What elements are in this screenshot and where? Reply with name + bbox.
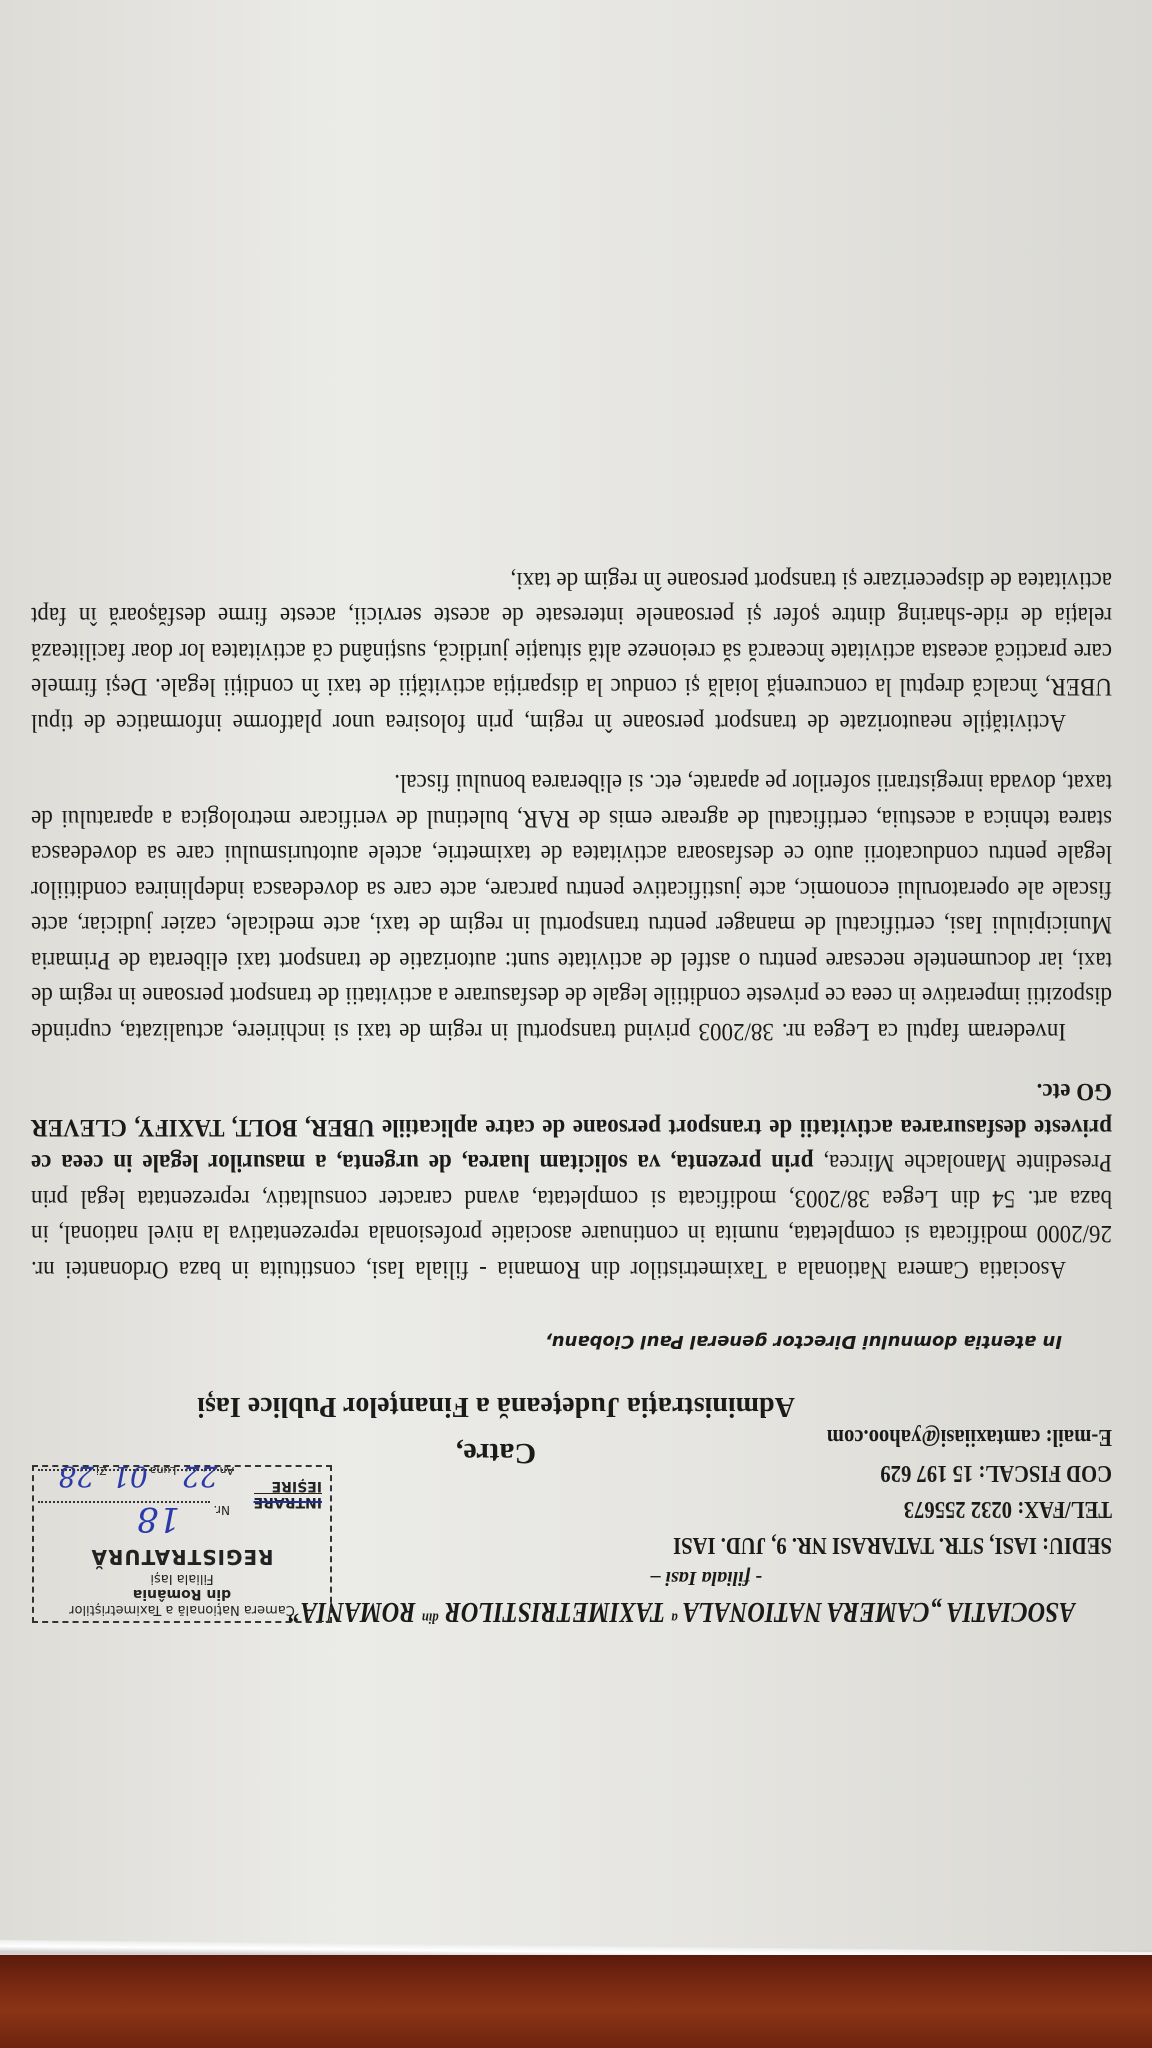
stamp-dotted-line	[38, 1501, 210, 1503]
letter-content: ASOCIATIA „CAMERA NATIONALA a TAXIMETRIS…	[30, 538, 1112, 1629]
recipient-institution: Administrația Județeană a Finanțelor Pub…	[30, 1390, 962, 1422]
fiscal-code-line: COD FISCAL: 15 197 629	[269, 1458, 1112, 1488]
title-part: a	[671, 1610, 677, 1626]
registry-stamp: Camera Națională a Taximetriștilor din R…	[32, 1465, 332, 1623]
email-line: E-mail: camtaxiiasi@yahoo.com	[269, 1422, 1112, 1452]
stamp-date: An22 Luna01 Zi28	[56, 1460, 234, 1493]
paragraph-text: Invederam faptul ca Legea nr. 38/2003 pr…	[31, 770, 1112, 1046]
stamp-org-line: Camera Națională a Taximetriștilor	[40, 1602, 324, 1617]
stamp-branch-line: Filiala Iași	[40, 1571, 324, 1586]
stamp-nr-label: Nr.	[213, 1503, 230, 1517]
stamp-nr-value: 18	[137, 1499, 180, 1539]
title-part: din	[422, 1610, 439, 1626]
paragraph-legal-basis: Invederam faptul ca Legea nr. 38/2003 pr…	[31, 765, 1112, 1049]
stamp-entry-label: INTRARE	[254, 1493, 322, 1509]
wooden-table	[0, 1955, 1152, 2048]
stamp-dotted-line	[38, 1469, 234, 1471]
letterhead: ASOCIATIA „CAMERA NATIONALA a TAXIMETRIS…	[30, 1478, 1112, 1628]
stamp-exit-label: IEȘIRE	[254, 1478, 322, 1493]
paragraph-request: Asociatia Camera Nationala a Taximetrist…	[31, 1074, 1112, 1287]
association-title: ASOCIATIA „CAMERA NATIONALA a TAXIMETRIS…	[288, 1595, 1112, 1628]
title-part: TAXIMETRISTILOR	[439, 1596, 672, 1628]
stamp-year-value: 22	[182, 1460, 218, 1493]
paragraph-text: Activitățile neautorizate de transport p…	[31, 567, 1112, 736]
stamp-registry-label: REGISTRATURĂ	[40, 1545, 324, 1569]
stamp-org-line: din România	[40, 1586, 324, 1602]
address-line: SEDIU: IASI, STR. TATARASI NR. 9, JUD. I…	[269, 1530, 1112, 1560]
telfax-line: TEL/FAX: 0232 255673	[269, 1494, 1112, 1524]
document-page: ASOCIATIA „CAMERA NATIONALA a TAXIMETRIS…	[0, 0, 1152, 1950]
stamp-day-value: 28	[58, 1460, 94, 1493]
paragraph-unauthorized-activity: Activitățile neautorizate de transport p…	[31, 563, 1112, 741]
title-part: ASOCIATIA „CAMERA NATIONALA	[678, 1596, 1075, 1628]
attention-line: In atentia domnului Director general Pau…	[30, 1331, 1062, 1352]
stamp-month-value: 01	[112, 1460, 148, 1493]
stamp-direction: INTRARE IEȘIRE	[254, 1478, 322, 1509]
